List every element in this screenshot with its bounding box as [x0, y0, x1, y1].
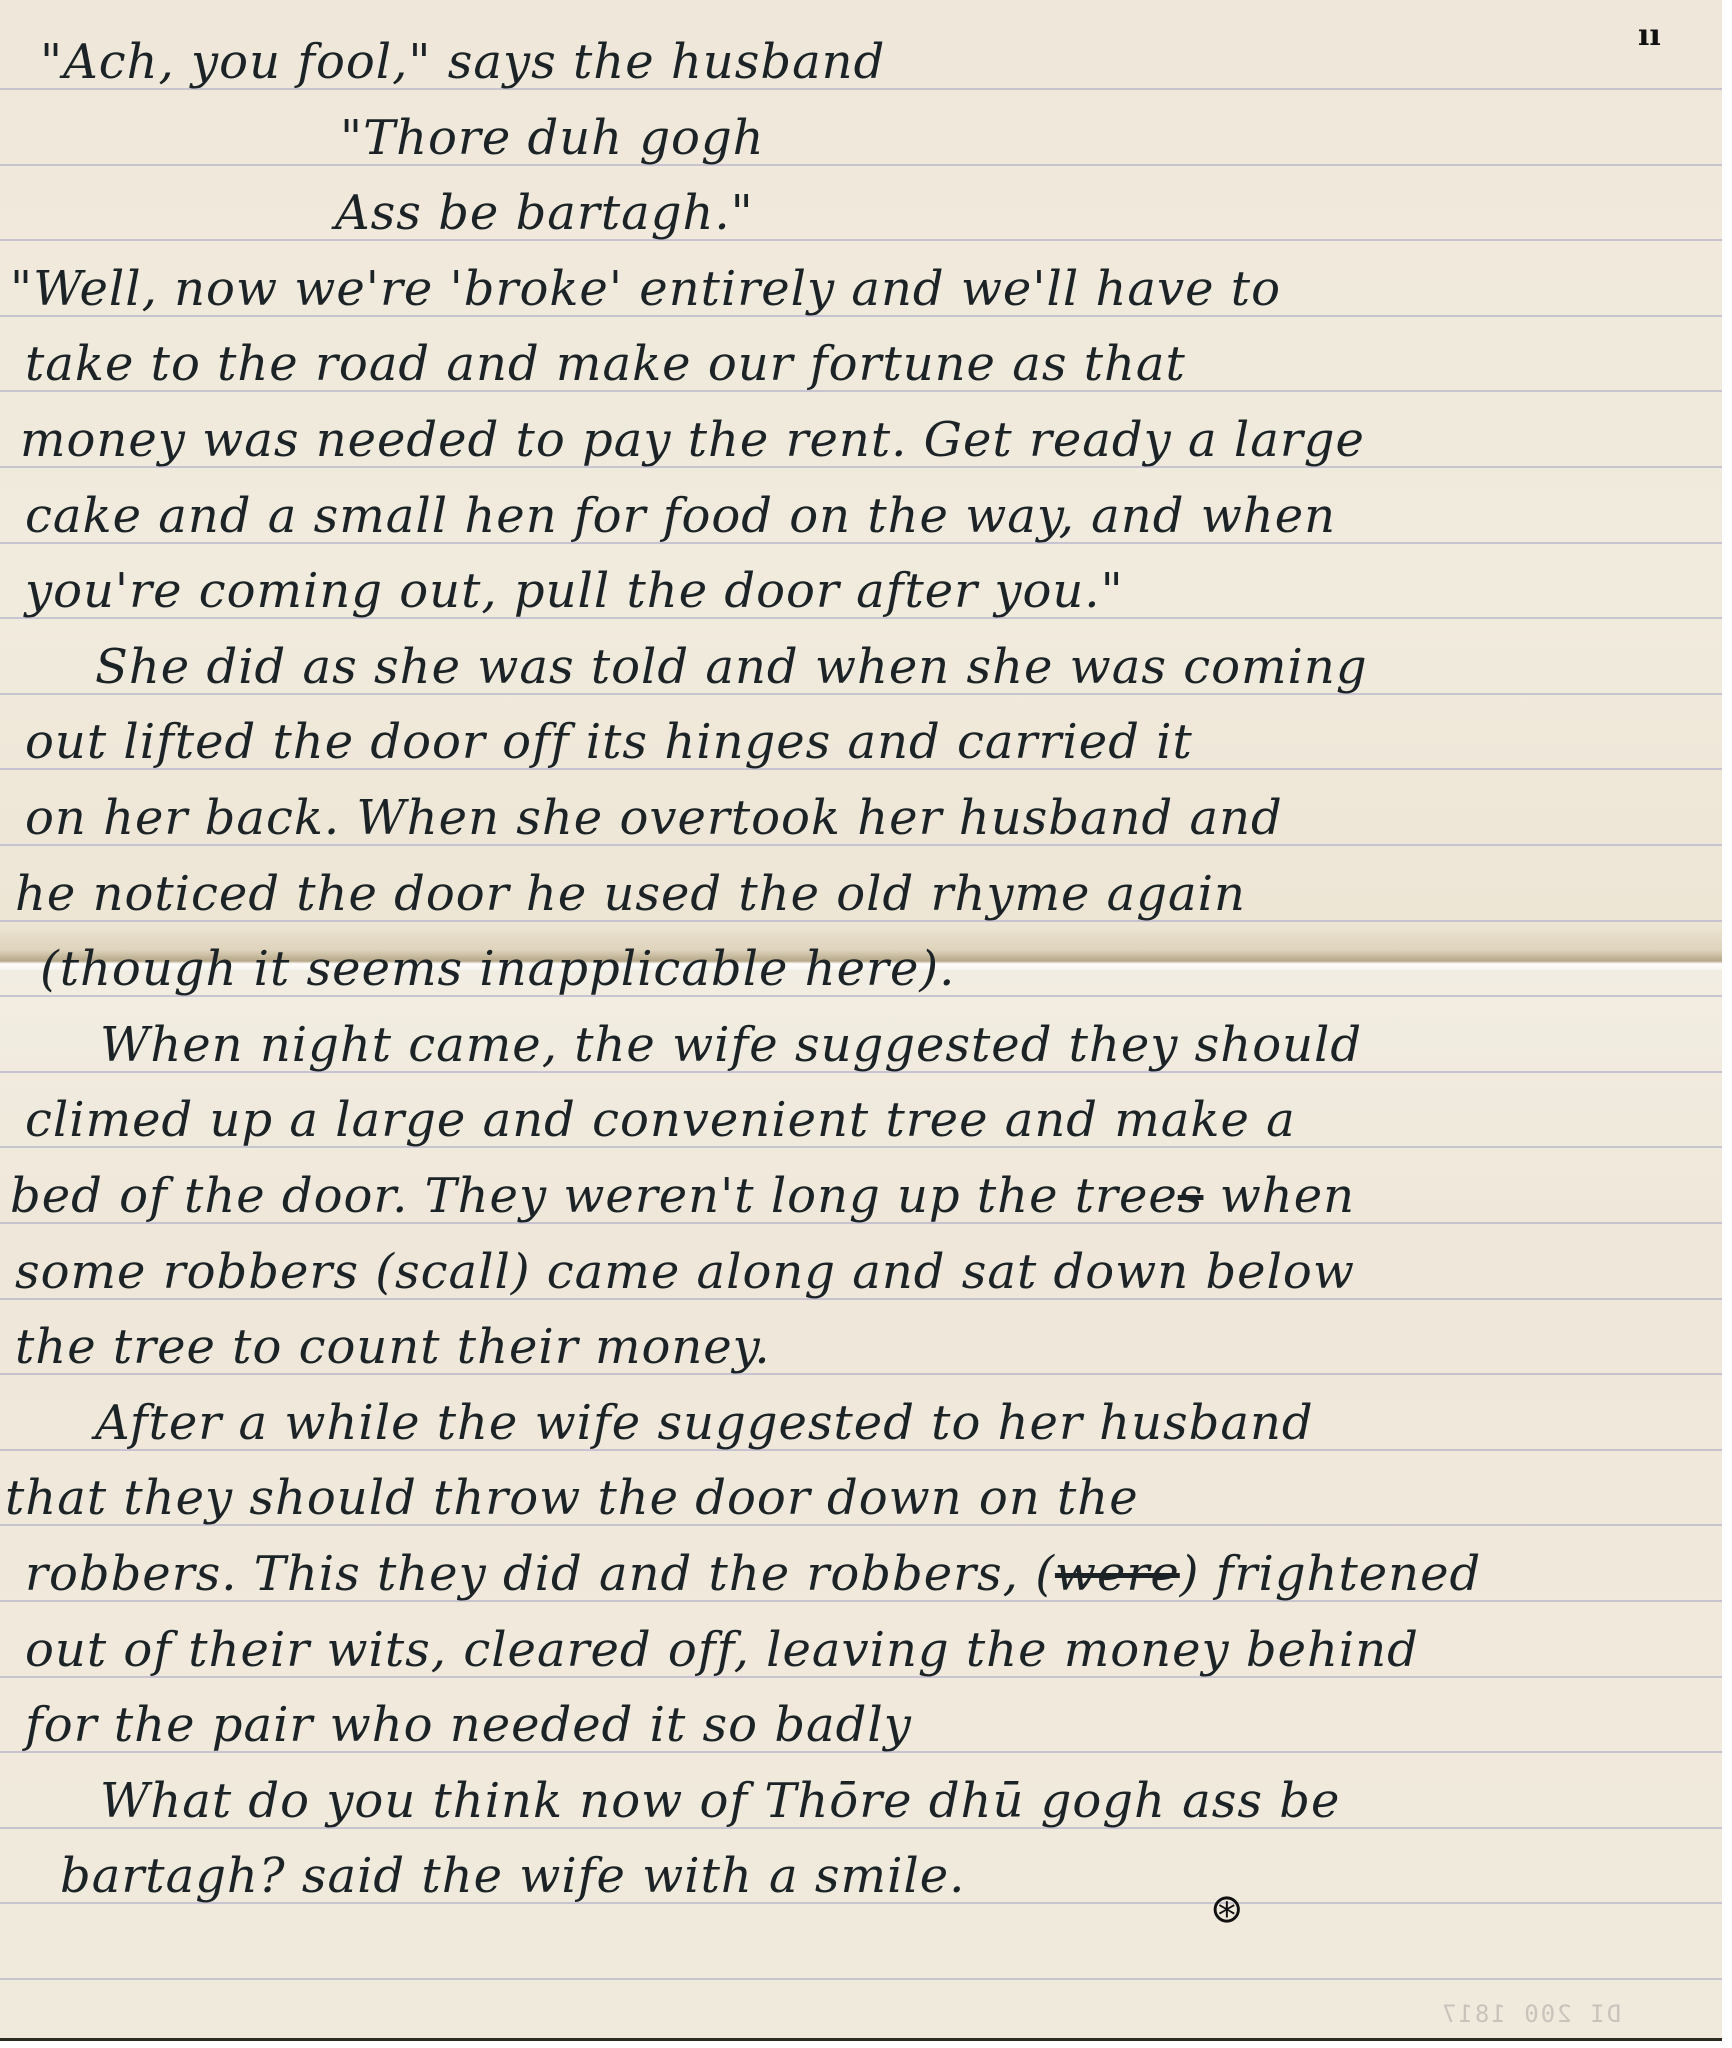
ruled-line: [0, 239, 1722, 241]
page-number-mark: ıı: [1638, 18, 1661, 53]
ruled-line: [0, 1978, 1722, 1980]
manuscript-line: the tree to count their money.: [15, 1323, 771, 1371]
manuscript-line: Ass be bartagh.": [335, 189, 754, 237]
struck-out-word: were: [1055, 1546, 1180, 1602]
manuscript-line: bed of the door. They weren't long up th…: [10, 1172, 1355, 1220]
manuscript-line: that they should throw the door down on …: [5, 1474, 1139, 1522]
closing-flourish-mark: ⊛: [1210, 1886, 1244, 1932]
manuscript-line: (though it seems inapplicable here).: [40, 945, 955, 993]
manuscript-line: She did as she was told and when she was…: [95, 643, 1368, 691]
show-through-archive-stamp: DI 200 1817: [1440, 2000, 1621, 2028]
manuscript-line: out of their wits, cleared off, leaving …: [25, 1626, 1419, 1674]
ruled-line: [0, 164, 1722, 166]
manuscript-line: he noticed the door he used the old rhym…: [15, 870, 1246, 918]
manuscript-line: When night came, the wife suggested they…: [100, 1021, 1362, 1069]
manuscript-line: some robbers (scall) came along and sat …: [15, 1248, 1355, 1296]
manuscript-line: you're coming out, pull the door after y…: [25, 567, 1124, 615]
manuscript-line: money was needed to pay the rent. Get re…: [20, 416, 1365, 464]
manuscript-line: for the pair who needed it so badly: [25, 1701, 912, 1749]
manuscript-line: cake and a small hen for food on the way…: [25, 492, 1336, 540]
manuscript-line: "Ach, you fool," says the husband: [40, 38, 885, 86]
manuscript-line: "Thore duh gogh: [340, 114, 765, 162]
manuscript-line: After a while the wife suggested to her …: [95, 1399, 1314, 1447]
struck-out-word: s: [1178, 1168, 1204, 1224]
manuscript-line: What do you think now of Thōre dhū gogh …: [100, 1777, 1340, 1825]
manuscript-line: take to the road and make our fortune as…: [25, 340, 1186, 388]
manuscript-line: climed up a large and convenient tree an…: [25, 1096, 1296, 1144]
manuscript-line: robbers. This they did and the robbers, …: [25, 1550, 1481, 1598]
manuscript-line: bartagh? said the wife with a smile.: [60, 1852, 965, 1900]
manuscript-line: out lifted the door off its hinges and c…: [25, 718, 1193, 766]
manuscript-line: on her back. When she overtook her husba…: [25, 794, 1283, 842]
manuscript-line: "Well, now we're 'broke' entirely and we…: [10, 265, 1281, 313]
manuscript-page: ıı DI 200 1817 "Ach, you fool," says the…: [0, 0, 1722, 2041]
